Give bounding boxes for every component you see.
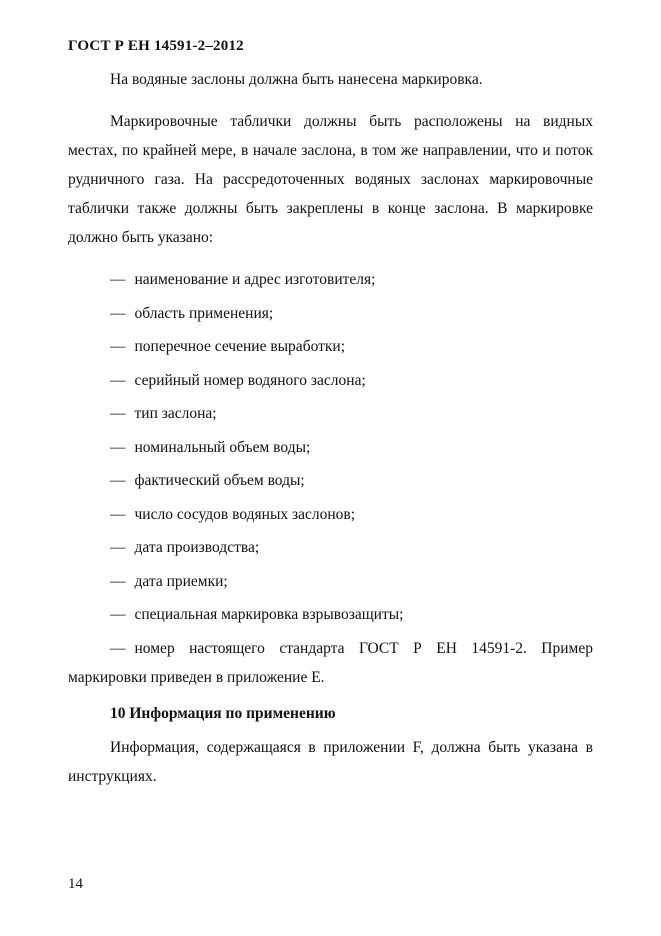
list-dash: — [110,573,126,590]
page-number: 14 [68,874,83,894]
document-standard-header: ГОСТ Р ЕН 14591-2–2012 [68,36,593,57]
list-item-text: поперечное сечение выработки; [126,338,346,355]
list-dash: — [110,606,126,623]
list-dash: — [110,305,126,322]
list-item-text: специальная маркировка взрывозащиты; [126,606,404,623]
list-item: —серийный номер водяного заслона; [68,366,593,395]
list-item-text: наименование и адрес изготовителя; [126,271,376,288]
list-item-text: область применения; [126,305,274,322]
list-dash: — [110,640,126,657]
section-heading-information-on-use: 10 Информация по применению [68,699,593,728]
paragraph-marking-plates: Маркировочные таблички должны быть распо… [68,107,593,252]
list-item-text: дата приемки; [126,573,228,590]
list-dash: — [110,271,126,288]
list-dash: — [110,539,126,556]
list-item-text: фактический объем воды; [126,472,305,489]
paragraph-marking-requirement: На водяные заслоны должна быть нанесена … [68,65,593,94]
list-item: —номинальный объем воды; [68,433,593,462]
list-dash: — [110,372,126,389]
list-dash: — [110,472,126,489]
list-item: —поперечное сечение выработки; [68,332,593,361]
list-dash: — [110,506,126,523]
list-item: —число сосудов водяных заслонов; [68,500,593,529]
list-item: —специальная маркировка взрывозащиты; [68,600,593,629]
list-item: —область применения; [68,299,593,328]
list-item: —номер настоящего стандарта ГОСТ Р ЕН 14… [68,634,593,692]
list-item-text: тип заслона; [126,405,217,422]
paragraph-annex-f-information: Информация, содержащаяся в приложении F,… [68,733,593,791]
list-dash: — [110,405,126,422]
list-item-text: число сосудов водяных заслонов; [126,506,356,523]
list-item-text: дата производства; [126,539,260,556]
list-item-text: серийный номер водяного заслона; [126,372,366,389]
list-dash: — [110,338,126,355]
list-dash: — [110,439,126,456]
list-item: —тип заслона; [68,399,593,428]
list-item-text: номинальный объем воды; [126,439,311,456]
list-item: —дата производства; [68,533,593,562]
list-item: —наименование и адрес изготовителя; [68,265,593,294]
document-page: ГОСТ Р ЕН 14591-2–2012 На водяные заслон… [0,0,661,936]
list-item: —фактический объем воды; [68,466,593,495]
list-item-text: номер настоящего стандарта ГОСТ Р ЕН 145… [68,640,593,686]
list-item: —дата приемки; [68,567,593,596]
